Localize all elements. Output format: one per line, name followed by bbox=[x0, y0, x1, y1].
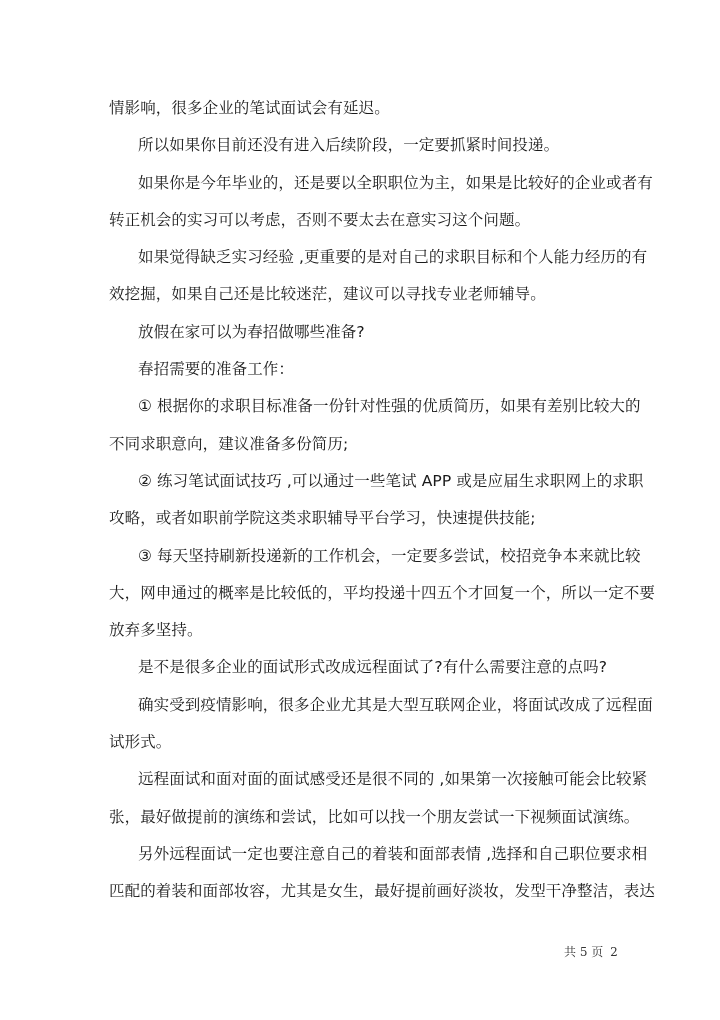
document-body: 情影响，很多企业的笔试面试会有延迟。 所以如果你目前还没有进入后续阶段，一定要抓… bbox=[109, 92, 614, 913]
text-line: 张，最好做提前的演练和尝试，比如可以找一个朋友尝试一下视频面试演练。 bbox=[109, 801, 614, 838]
list-item-2: ② 练习笔试面试技巧 ,可以通过一些笔试 APP 或是应届生求职网上的求职 bbox=[109, 465, 614, 502]
text-line: 春招需要的准备工作： bbox=[109, 353, 614, 390]
list-item-1: ① 根据你的求职目标准备一份针对性强的优质简历，如果有差别比较大的 bbox=[109, 390, 614, 427]
text-line: 试形式。 bbox=[109, 726, 614, 763]
page-number: 2 bbox=[610, 945, 618, 959]
section-question: 放假在家可以为春招做哪些准备? bbox=[109, 316, 614, 353]
text-line: 确实受到疫情影响，很多企业尤其是大型互联网企业，将面试改成了远程面 bbox=[109, 689, 614, 726]
page-total-label: 共 5 页 bbox=[564, 945, 603, 959]
text-line: 匹配的着装和面部妆容，尤其是女生，最好提前画好淡妆，发型干净整洁，表达 bbox=[109, 875, 614, 912]
list-item-3: ③ 每天坚持刷新投递新的工作机会，一定要多尝试，校招竞争本来就比较 bbox=[109, 540, 614, 577]
text-line: 不同求职意向，建议准备多份简历; bbox=[109, 428, 614, 465]
text-line: 放弃多坚持。 bbox=[109, 614, 614, 651]
text-line: 大，网申通过的概率是比较低的，平均投递十四五个才回复一个，所以一定不要 bbox=[109, 577, 614, 614]
text-line: 如果觉得缺乏实习经验 ,更重要的是对自己的求职目标和个人能力经历的有 bbox=[109, 241, 614, 278]
text-line: 所以如果你目前还没有进入后续阶段，一定要抓紧时间投递。 bbox=[109, 129, 614, 166]
document-page: 情影响，很多企业的笔试面试会有延迟。 所以如果你目前还没有进入后续阶段，一定要抓… bbox=[0, 0, 720, 1020]
text-line: 情影响，很多企业的笔试面试会有延迟。 bbox=[109, 92, 614, 129]
text-line: 攻略，或者如职前学院这类求职辅导平台学习，快速提供技能; bbox=[109, 502, 614, 539]
section-question: 是不是很多企业的面试形式改成远程面试了?有什么需要注意的点吗? bbox=[109, 651, 614, 688]
text-line: 效挖掘，如果自己还是比较迷茫，建议可以寻找专业老师辅导。 bbox=[109, 278, 614, 315]
text-line: 转正机会的实习可以考虑，否则不要太去在意实习这个问题。 bbox=[109, 204, 614, 241]
text-line: 远程面试和面对面的面试感受还是很不同的 ,如果第一次接触可能会比较紧 bbox=[109, 763, 614, 800]
text-line: 如果你是今年毕业的，还是要以全职职位为主，如果是比较好的企业或者有 bbox=[109, 167, 614, 204]
page-footer: 共 5 页 2 bbox=[564, 943, 621, 960]
text-line: 另外远程面试一定也要注意自己的着装和面部表情 ,选择和自己职位要求相 bbox=[109, 838, 614, 875]
